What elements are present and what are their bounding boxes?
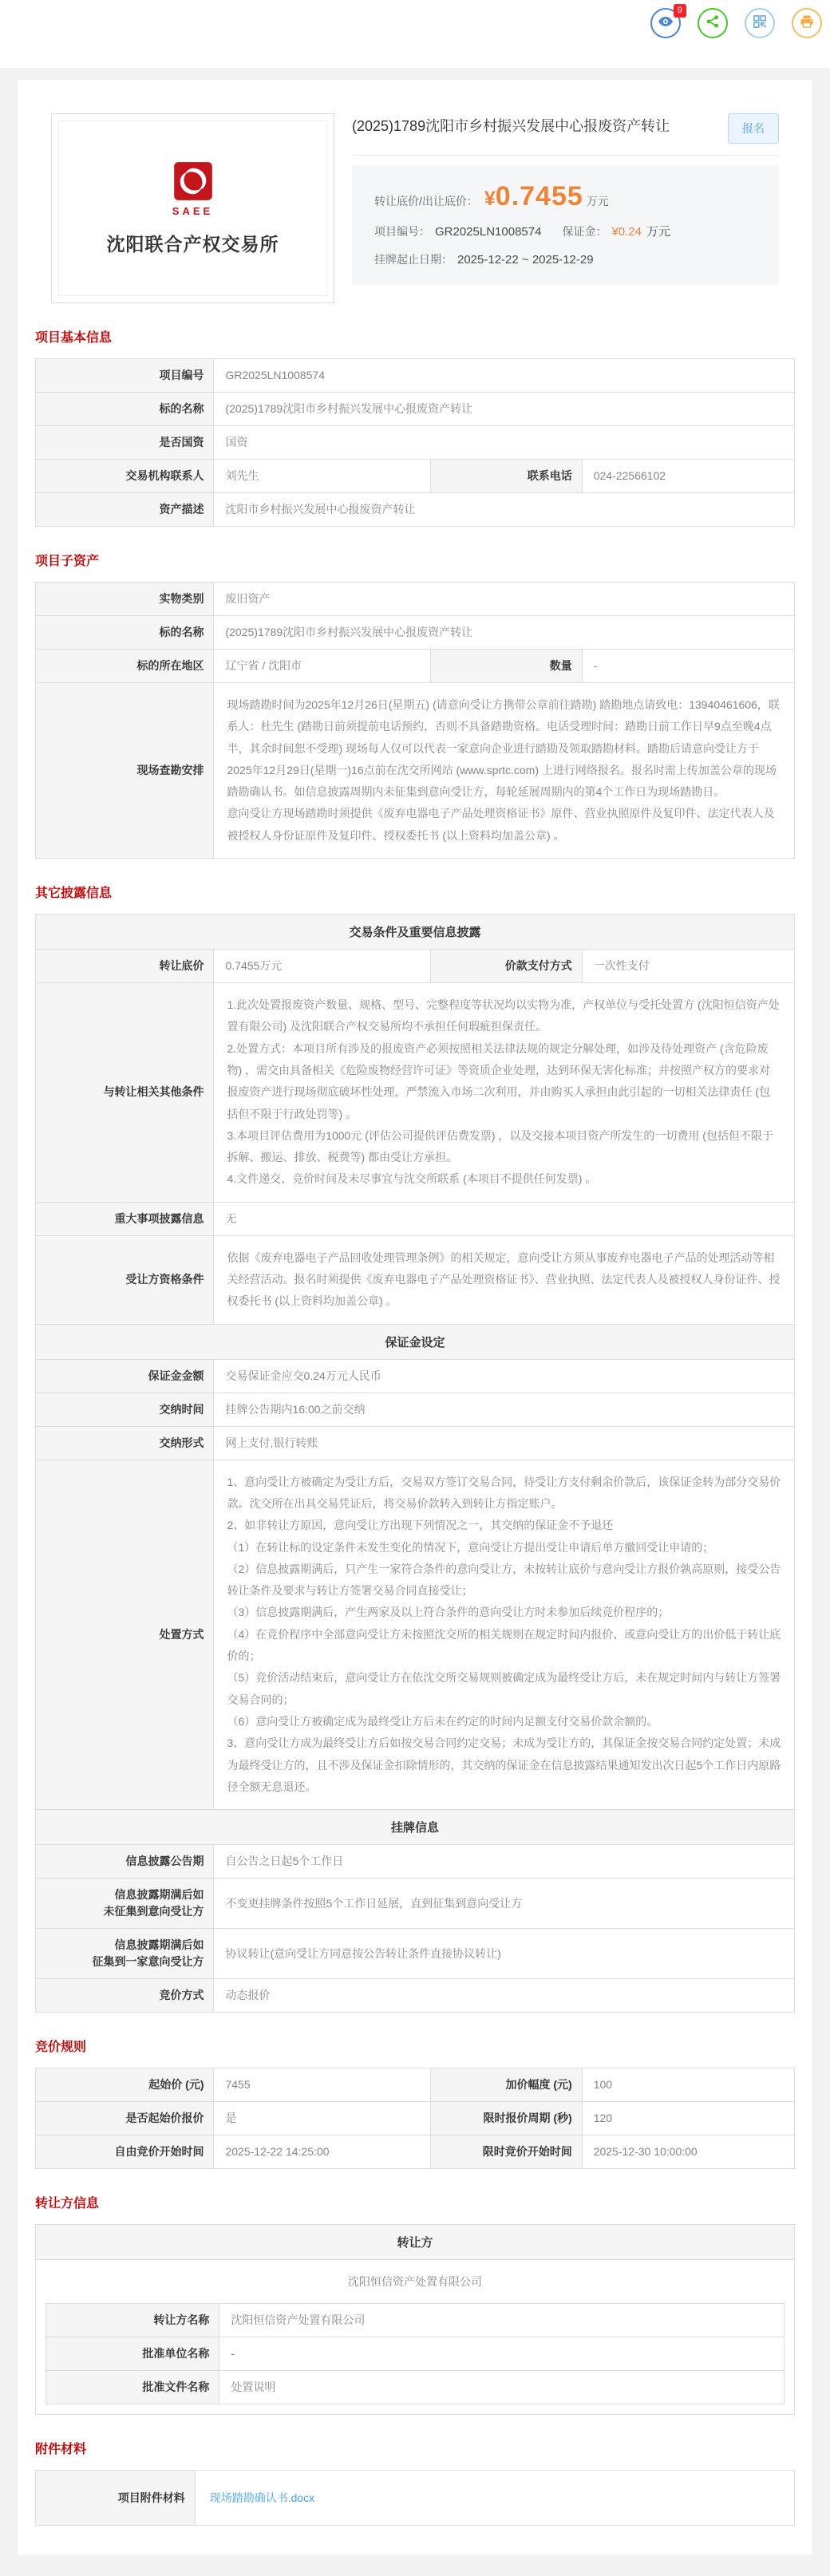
row-value: 废旧资产	[214, 583, 795, 616]
apply-button[interactable]: 报名	[728, 113, 779, 144]
deposit-value: ¥0.24	[611, 225, 642, 239]
price-label: 转让底价/出让底价：	[374, 193, 478, 209]
row-value: 120	[582, 2102, 794, 2135]
listing-period-label: 挂牌起止日期：	[374, 251, 453, 267]
table-row: 重大事项披露信息无	[36, 1202, 795, 1235]
row-label: 是否起始价报价	[36, 2102, 214, 2135]
deposit-unit: 万元	[646, 223, 670, 239]
table-row: 与转让相关其他条件1.此次处置报废资产数量、规格、型号、完整程度等状况均以实物为…	[36, 983, 795, 1203]
table-row: 标的名称(2025)1789沈阳市乡村振兴发展中心报废资产转让	[36, 393, 795, 426]
row-value: 刘先生	[214, 460, 430, 493]
row-value: 国资	[214, 426, 795, 460]
row-value: -	[219, 2337, 785, 2371]
section-title-attachments: 附件材料	[35, 2439, 795, 2457]
row-label: 交纳时间	[36, 1393, 214, 1426]
row-value: 现场踏勘确认书.docx	[195, 2471, 794, 2526]
row-value: 处置说明	[219, 2371, 785, 2404]
row-value: (2025)1789沈阳市乡村振兴发展中心报废资产转让	[214, 616, 795, 650]
bidding-rules-table: 起始价 (元)7455 加价幅度 (元)100 是否起始价报价是 限时报价周期 …	[35, 2068, 795, 2169]
content-card: SAEE 沈阳联合产权交易所 (2025)1789沈阳市乡村振兴发展中心报废资产…	[18, 80, 812, 2554]
table-row: 受让方资格条件依据《废弃电器电子产品回收处理管理条例》的相关规定，意向受让方须从…	[36, 1235, 795, 1324]
price-value: 0.7455	[496, 181, 583, 212]
row-label: 起始价 (元)	[36, 2068, 214, 2102]
price-panel: 转让底价/出让底价： ¥ 0.7455 万元 项目编号： GR2025LN100…	[352, 165, 779, 285]
page-title: (2025)1789沈阳市乡村振兴发展中心报废资产转让	[352, 113, 670, 136]
sub-asset-table: 实物类别废旧资产 标的名称(2025)1789沈阳市乡村振兴发展中心报废资产转让…	[35, 582, 795, 859]
row-value: 一次性支付	[582, 950, 794, 983]
row-value-disposal-method: 1、意向受让方被确定为受让方后，交易双方签订交易合同，待受让方支付剩余价款后，该…	[214, 1460, 795, 1809]
row-value-survey-arrangement: 现场踏勘时间为2025年12月26日(星期五) (请意向受让方携带公章前往踏勘)…	[214, 683, 795, 859]
table-row: 标的名称(2025)1789沈阳市乡村振兴发展中心报废资产转让	[36, 616, 795, 650]
table-row: 处置方式1、意向受让方被确定为受让方后，交易双方签订交易合同，待受让方支付剩余价…	[36, 1460, 795, 1809]
row-label: 资产描述	[36, 493, 214, 527]
attachments-table: 项目附件材料 现场踏勘确认书.docx	[35, 2470, 795, 2526]
transferor-table: 转让方名称沈阳恒信资产处置有限公司 批准单位名称- 批准文件名称处置说明	[45, 2303, 785, 2404]
table-row: 是否起始价报价是 限时报价周期 (秒)120	[36, 2102, 795, 2135]
row-label: 实物类别	[36, 583, 214, 616]
row-value: 动态报价	[214, 1979, 795, 2013]
row-label: 信息披露期满后如 未征集到意向受让方	[36, 1879, 214, 1929]
price-unit: 万元	[587, 193, 609, 209]
share-icon	[705, 14, 721, 34]
row-value: GR2025LN1008574	[214, 359, 795, 393]
views-button[interactable]: 9	[650, 8, 681, 38]
views-count-badge: 9	[674, 4, 686, 18]
row-value: 沈阳市乡村振兴发展中心报废资产转让	[214, 493, 795, 527]
other-disclosure-table: 交易条件及重要信息披露 转让底价0.7455万元 价款支付方式一次性支付 与转让…	[35, 914, 795, 2013]
row-label: 交纳形式	[36, 1426, 214, 1460]
saee-logo-icon	[172, 160, 214, 202]
row-label: 项目编号	[36, 359, 214, 393]
section-title-basic-info: 项目基本信息	[35, 327, 795, 346]
section-title-bidding-rules: 竞价规则	[35, 2037, 795, 2055]
row-value-transfer-conditions: 1.此次处置报废资产数量、规格、型号、完整程度等状况均以实物为准，产权单位与受托…	[214, 983, 795, 1203]
row-value: 无	[214, 1202, 795, 1235]
row-label: 保证金金额	[36, 1359, 214, 1393]
row-label: 项目附件材料	[36, 2471, 196, 2526]
table-row: 保证金金额交易保证金应交0.24万元人民币	[36, 1359, 795, 1393]
row-label: 重大事项披露信息	[36, 1202, 214, 1235]
row-value: 沈阳恒信资产处置有限公司	[219, 2304, 785, 2337]
logo-saee-text: SAEE	[172, 205, 213, 217]
section-title-sub-asset: 项目子资产	[35, 551, 795, 569]
row-label: 信息披露公告期	[36, 1845, 214, 1879]
row-label: 交易机构联系人	[36, 460, 214, 493]
exchange-logo-inner: SAEE 沈阳联合产权交易所	[58, 121, 327, 296]
row-label: 批准单位名称	[46, 2337, 219, 2371]
table-row: 项目附件材料 现场踏勘确认书.docx	[36, 2471, 795, 2526]
table-row: 交纳形式网上支付,银行转账	[36, 1426, 795, 1460]
printer-icon	[799, 14, 815, 34]
row-value: -	[582, 650, 794, 683]
row-value: 协议转让(意向受让方同意按公告转让条件直接协议转让)	[214, 1929, 795, 1979]
row-label: 信息披露期满后如 征集到一家意向受让方	[36, 1929, 214, 1979]
project-no-label: 项目编号：	[374, 223, 430, 239]
exchange-name: 沈阳联合产权交易所	[107, 230, 279, 256]
row-label: 限时竞价开始时间	[430, 2135, 582, 2169]
row-label: 标的所在地区	[36, 650, 214, 683]
subsection-header-trade-conditions: 交易条件及重要信息披露	[36, 915, 795, 950]
row-value-qualification: 依据《废弃电器电子产品回收处理管理条例》的相关规定，意向受让方须从事废弃电器电子…	[214, 1235, 795, 1324]
table-row: 自由竞价开始时间2025-12-22 14:25:00 限时竞价开始时间2025…	[36, 2135, 795, 2169]
exchange-logo-box: SAEE 沈阳联合产权交易所	[51, 113, 334, 303]
row-value: 网上支付,银行转账	[214, 1426, 795, 1460]
row-value: 024-22566102	[582, 460, 794, 493]
row-value: (2025)1789沈阳市乡村振兴发展中心报废资产转让	[214, 393, 795, 426]
table-row: 转让方名称沈阳恒信资产处置有限公司	[46, 2304, 785, 2337]
row-label: 价款支付方式	[430, 950, 582, 983]
table-row: 信息披露期满后如 未征集到意向受让方不变更挂牌条件按照5个工作日延展，直到征集到…	[36, 1879, 795, 1929]
row-label: 批准文件名称	[46, 2371, 219, 2404]
row-value: 2025-12-22 14:25:00	[214, 2135, 430, 2169]
table-header-row: 交易条件及重要信息披露	[36, 915, 795, 950]
row-value: 2025-12-30 10:00:00	[582, 2135, 794, 2169]
row-value: 7455	[214, 2068, 430, 2102]
project-summary: (2025)1789沈阳市乡村振兴发展中心报废资产转让 报名 转让底价/出让底价…	[352, 113, 779, 303]
toolbar-icon-group: 9	[650, 8, 822, 38]
subsection-header-deposit: 保证金设定	[36, 1324, 795, 1359]
row-label: 自由竞价开始时间	[36, 2135, 214, 2169]
price-currency: ¥	[484, 188, 496, 211]
row-label: 转让方名称	[46, 2304, 219, 2337]
project-no-value: GR2025LN1008574	[435, 225, 541, 239]
qrcode-button[interactable]	[745, 8, 775, 38]
attachment-file-link[interactable]: 现场踏勘确认书.docx	[210, 2491, 314, 2504]
table-row: 批准文件名称处置说明	[46, 2371, 785, 2404]
row-value: 交易保证金应交0.24万元人民币	[214, 1359, 795, 1393]
transferor-box: 转让方 沈阳恒信资产处置有限公司 转让方名称沈阳恒信资产处置有限公司 批准单位名…	[35, 2224, 795, 2415]
qrcode-icon	[752, 14, 768, 34]
row-label: 转让底价	[36, 950, 214, 983]
row-value: 辽宁省 / 沈阳市	[214, 650, 430, 683]
row-label: 竞价方式	[36, 1979, 214, 2013]
table-row: 交易机构联系人刘先生 联系电话024-22566102	[36, 460, 795, 493]
row-label: 联系电话	[430, 460, 582, 493]
section-title-other-disclosure: 其它披露信息	[35, 883, 795, 901]
row-value: 自公告之日起5个工作日	[214, 1845, 795, 1879]
subsection-header-listing-info: 挂牌信息	[36, 1810, 795, 1845]
row-value: 0.7455万元	[214, 950, 430, 983]
transferor-header: 转让方	[36, 2225, 794, 2260]
table-row: 信息披露公告期自公告之日起5个工作日	[36, 1845, 795, 1879]
table-row: 信息披露期满后如 征集到一家意向受让方协议转让(意向受让方同意按公告转让条件直接…	[36, 1929, 795, 1979]
page-background: SAEE 沈阳联合产权交易所 (2025)1789沈阳市乡村振兴发展中心报废资产…	[0, 68, 830, 2576]
row-value: 是	[214, 2102, 430, 2135]
row-label: 受让方资格条件	[36, 1235, 214, 1324]
table-row: 是否国资国资	[36, 426, 795, 460]
section-title-transferor: 转让方信息	[35, 2193, 795, 2211]
basic-info-table: 项目编号GR2025LN1008574 标的名称(2025)1789沈阳市乡村振…	[35, 358, 795, 527]
share-button[interactable]	[698, 8, 728, 38]
top-toolbar: 9	[0, 0, 830, 68]
table-row: 现场查勘安排现场踏勘时间为2025年12月26日(星期五) (请意向受让方携带公…	[36, 683, 795, 859]
row-value: 挂牌公告期内16:00之前交纳	[214, 1393, 795, 1426]
row-label: 数量	[430, 650, 582, 683]
table-row: 交纳时间挂牌公告期内16:00之前交纳	[36, 1393, 795, 1426]
deposit-label: 保证金：	[562, 223, 607, 239]
row-label: 加价幅度 (元)	[430, 2068, 582, 2102]
table-row: 实物类别废旧资产	[36, 583, 795, 616]
listing-period-value: 2025-12-22 ~ 2025-12-29	[457, 253, 594, 267]
row-label: 与转让相关其他条件	[36, 983, 214, 1203]
row-label: 限时报价周期 (秒)	[430, 2102, 582, 2135]
project-header: SAEE 沈阳联合产权交易所 (2025)1789沈阳市乡村振兴发展中心报废资产…	[51, 113, 779, 303]
table-row: 项目编号GR2025LN1008574	[36, 359, 795, 393]
eye-icon	[657, 13, 674, 34]
table-row: 标的所在地区辽宁省 / 沈阳市 数量-	[36, 650, 795, 683]
table-row: 起始价 (元)7455 加价幅度 (元)100	[36, 2068, 795, 2102]
row-label: 现场查勘安排	[36, 683, 214, 859]
table-row: 转让底价0.7455万元 价款支付方式一次性支付	[36, 950, 795, 983]
table-row: 批准单位名称-	[46, 2337, 785, 2371]
print-button[interactable]	[792, 8, 822, 38]
table-header-row: 保证金设定	[36, 1324, 795, 1359]
table-row: 资产描述沈阳市乡村振兴发展中心报废资产转让	[36, 493, 795, 527]
row-label: 标的名称	[36, 616, 214, 650]
row-value: 100	[582, 2068, 794, 2102]
transferor-company-name: 沈阳恒信资产处置有限公司	[36, 2260, 794, 2303]
row-label: 是否国资	[36, 426, 214, 460]
row-label: 处置方式	[36, 1460, 214, 1809]
row-value: 不变更挂牌条件按照5个工作日延展，直到征集到意向受让方	[214, 1879, 795, 1929]
table-row: 竞价方式动态报价	[36, 1979, 795, 2013]
table-header-row: 挂牌信息	[36, 1810, 795, 1845]
title-divider	[352, 155, 779, 156]
row-label: 标的名称	[36, 393, 214, 426]
